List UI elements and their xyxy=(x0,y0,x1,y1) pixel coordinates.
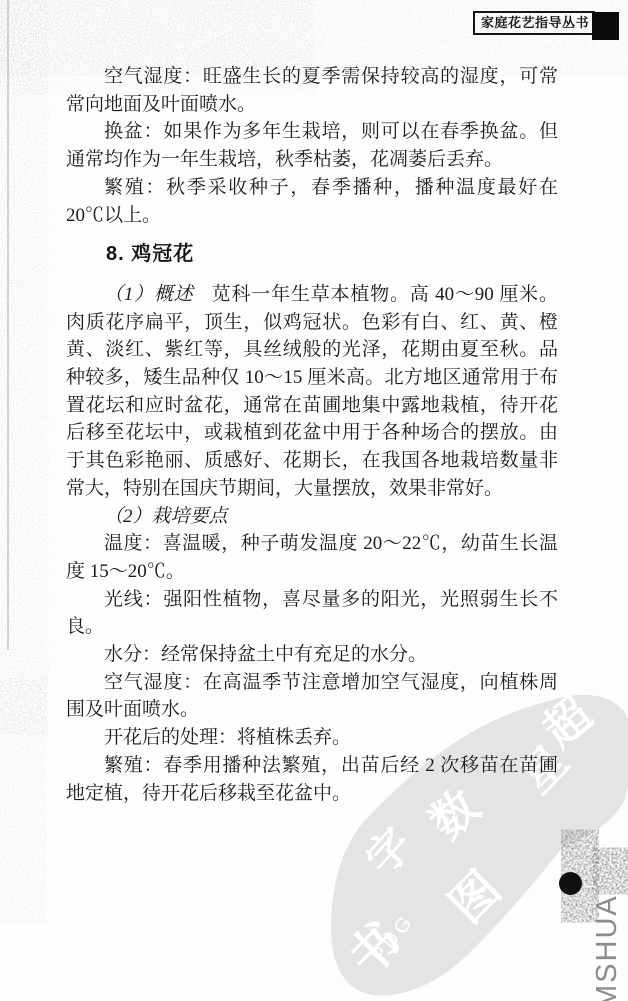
paragraph-text: 繁殖：秋季采收种子，春季播种，播种温度最好在 20℃以上。 xyxy=(66,177,558,226)
ink-dot xyxy=(559,872,582,895)
series-badge-label: 家庭花艺指导丛书 xyxy=(473,11,595,35)
page-gutter-shadow xyxy=(7,0,9,650)
paragraph: 换盆：如果作为多年生栽培，则可以在春季换盆。但通常均作为一年生栽培，秋季枯萎，花… xyxy=(66,118,558,173)
watermark-mshua-text: MSHUA xyxy=(591,894,624,1001)
paragraph-text: 繁殖：春季用播种法繁殖，出苗后经 2 次移苗在苗圃地定植，待开花后移栽至花盆中。 xyxy=(66,755,558,804)
paragraph: （2）栽培要点 xyxy=(66,503,558,531)
paragraph-text: 光线：强阳性植物，喜尽量多的阳光，光照弱生长不良。 xyxy=(66,589,558,638)
page-body-text: 空气湿度：旺盛生长的夏季需保持较高的湿度，可常常向地面及叶面喷水。 换盆：如果作… xyxy=(66,63,558,807)
book-page: 超 星 数 字 图 书 PDG 家庭花艺指导丛书 空气湿度：旺盛生长的夏季 xyxy=(0,0,628,1001)
paragraph: 温度：喜温暖，种子萌发温度 20～22℃，幼苗生长温度 15～20℃。 xyxy=(66,530,558,585)
paragraph-lead: （2）栽培要点 xyxy=(104,506,228,527)
paragraph: 繁殖：秋季采收种子，春季播种，播种温度最好在 20℃以上。 xyxy=(66,174,558,229)
paragraph: 开花后的处理：将植株丢弃。 xyxy=(66,724,558,752)
paragraph: 光线：强阳性植物，喜尽量多的阳光，光照弱生长不良。 xyxy=(66,586,558,641)
paragraph: 水分：经常保持盆土中有充足的水分。 xyxy=(66,641,558,669)
paragraph-text: 换盆：如果作为多年生栽培，则可以在春季换盆。但通常均作为一年生栽培，秋季枯萎，花… xyxy=(66,121,558,170)
paragraph-text: 开花后的处理：将植株丢弃。 xyxy=(104,727,351,748)
paragraph-text: 空气湿度：旺盛生长的夏季需保持较高的湿度，可常常向地面及叶面喷水。 xyxy=(66,66,558,115)
paragraph-text: 温度：喜温暖，种子萌发温度 20～22℃，幼苗生长温度 15～20℃。 xyxy=(66,533,558,582)
paragraph-text: 苋科一年生草本植物。高 40～90 厘米。肉质花序扁平，顶生，似鸡冠状。色彩有白… xyxy=(66,284,558,499)
paragraph-text: 空气湿度：在高温季节注意增加空气湿度，向植株周围及叶面喷水。 xyxy=(66,672,558,721)
section-heading: 8. 鸡冠花 xyxy=(66,241,558,269)
paragraph: 空气湿度：在高温季节注意增加空气湿度，向植株周围及叶面喷水。 xyxy=(66,669,558,724)
series-badge-square xyxy=(592,12,619,40)
paragraph: （1）概述苋科一年生草本植物。高 40～90 厘米。肉质花序扁平，顶生，似鸡冠状… xyxy=(66,281,558,503)
paragraph: 空气湿度：旺盛生长的夏季需保持较高的湿度，可常常向地面及叶面喷水。 xyxy=(66,63,558,118)
paragraph-text: 水分：经常保持盆土中有充足的水分。 xyxy=(104,644,427,665)
series-badge: 家庭花艺指导丛书 xyxy=(473,11,619,40)
paragraph-lead: （1）概述 xyxy=(104,284,194,305)
paragraph: 繁殖：春季用播种法繁殖，出苗后经 2 次移苗在苗圃地定植，待开花后移栽至花盆中。 xyxy=(66,752,558,807)
